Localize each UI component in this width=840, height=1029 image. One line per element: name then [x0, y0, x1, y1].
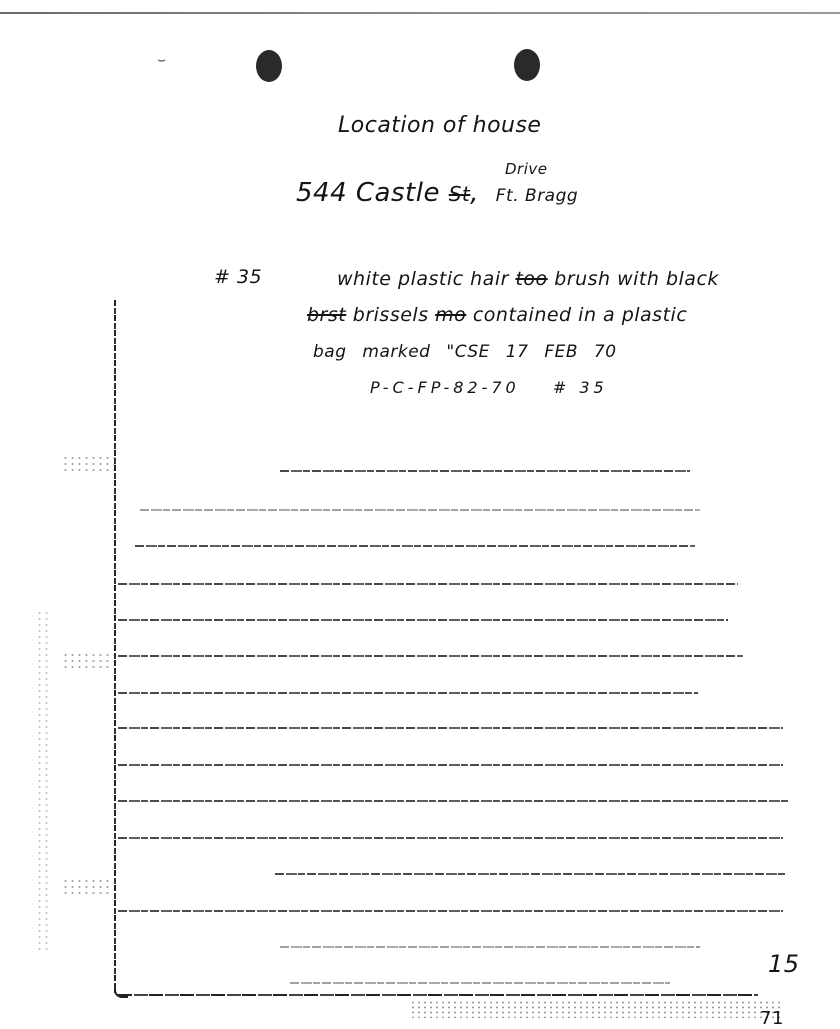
ruled-line — [118, 910, 783, 912]
check-mark-icon: ⌣ — [157, 52, 166, 68]
ruled-line — [118, 727, 783, 729]
scan-top-edge — [0, 12, 840, 14]
item-line-1-text-after: brush with black — [554, 268, 719, 290]
item-line-2-struck-2: mo — [435, 304, 466, 326]
item-line-1: white plastic hair too brush with black — [337, 268, 719, 290]
punch-hole-right-icon — [514, 49, 540, 81]
address-city: Ft. Bragg — [496, 186, 578, 206]
form-bottom-border — [118, 994, 758, 996]
item-line-2-word: brissels — [353, 304, 429, 326]
item-line-2-struck: brst — [307, 304, 346, 326]
item-line-2-text: contained in a plastic — [473, 304, 687, 326]
item-line-4: P-C-FP-82-70 # 35 — [370, 378, 608, 397]
ruled-line — [280, 470, 690, 472]
address-struck-word: St — [449, 182, 471, 206]
ruled-line — [118, 655, 743, 657]
item-line-2: brst brissels mo contained in a plastic — [307, 304, 687, 326]
ruled-line — [118, 764, 783, 766]
ruled-line — [275, 873, 785, 875]
scan-noise — [62, 455, 117, 475]
item-number: # 35 — [214, 266, 262, 288]
ruled-line — [118, 837, 783, 839]
form-left-margin — [114, 300, 116, 993]
ruled-line — [140, 509, 700, 511]
address-line: 544 Castle St, Ft. Bragg — [296, 178, 578, 208]
scan-noise — [36, 610, 48, 950]
ruled-line — [290, 982, 670, 984]
scan-noise — [62, 652, 114, 668]
item-line-1-struck: too — [515, 268, 547, 290]
item-evidence-number: # 35 — [553, 378, 608, 397]
address-inserted-word: Drive — [505, 160, 548, 178]
ruled-line — [118, 692, 698, 694]
ruled-line — [280, 946, 700, 948]
item-line-3: bag marked "CSE 17 FEB 70 — [313, 342, 617, 362]
punch-hole-left-icon — [256, 50, 282, 82]
ruled-line — [118, 800, 788, 802]
ruled-line — [118, 619, 728, 621]
item-line-1-text: white plastic hair — [337, 268, 509, 290]
item-evidence-code: P-C-FP-82-70 — [370, 378, 520, 397]
address-street: 544 Castle — [296, 178, 440, 208]
page-mark: 15 — [768, 950, 800, 978]
page-number: 71 — [760, 1008, 784, 1029]
document-heading: Location of house — [338, 113, 541, 138]
ruled-line — [118, 583, 738, 585]
ruled-line — [135, 545, 695, 547]
scan-noise — [62, 878, 112, 894]
scan-noise — [410, 1000, 780, 1018]
